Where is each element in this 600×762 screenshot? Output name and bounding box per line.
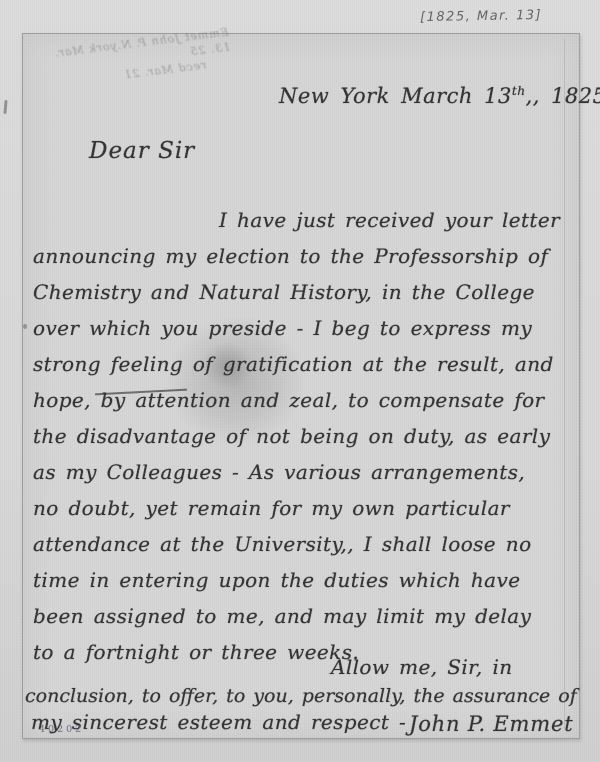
letter-line: time in entering upon the duties which h…	[33, 562, 563, 598]
letter-line: Allow me, Sir, in	[331, 655, 513, 679]
paper-crease	[564, 39, 565, 729]
scanned-letter-page: [1825, Mar. 13] Emmet John P. N.york Mar…	[0, 0, 600, 762]
letter-line: no doubt, yet remain for my own particul…	[33, 490, 563, 526]
dateline-superscript: th	[512, 84, 526, 98]
edge-speck	[3, 100, 7, 114]
letter-line: announcing my election to the Professors…	[33, 238, 563, 274]
letter-line: over which you preside - I beg to expres…	[33, 310, 563, 346]
dateline-year: ,, 1825 -	[526, 84, 600, 108]
letter-line: hope, by attention and zeal, to compensa…	[33, 382, 563, 418]
letter-line: Chemistry and Natural History, in the Co…	[33, 274, 563, 310]
dateline-place-date: New York March 13	[279, 84, 512, 108]
archive-stamp-number: 40202	[39, 724, 84, 735]
letter-line: as my Colleagues - As various arrangemen…	[33, 454, 563, 490]
letter-body: I have just received your letter announc…	[33, 202, 563, 670]
edge-speck	[23, 324, 27, 329]
letter-line: my sincerest esteem and respect -	[31, 710, 406, 734]
salutation: Dear Sir	[89, 138, 195, 164]
letter-paper: Emmet John P. N.york Mar. 13. 25 recd Ma…	[22, 33, 580, 739]
letter-line: the disadvantage of not being on duty, a…	[33, 418, 563, 454]
dateline: New York March 13th,, 1825 -	[279, 84, 600, 108]
letter-line: strong feeling of gratification at the r…	[33, 346, 563, 382]
letter-line: I have just received your letter	[33, 202, 563, 238]
letter-line: conclusion, to offer, to you, personally…	[25, 685, 577, 707]
docket-annotation: Emmet John P. N.york Mar. 13. 25 recd Ma…	[39, 25, 233, 93]
letter-line: attendance at the University,, I shall l…	[33, 526, 563, 562]
letter-line: been assigned to me, and may limit my de…	[33, 598, 563, 634]
signature: John P. Emmet	[409, 712, 573, 736]
archivist-date-annotation: [1825, Mar. 13]	[420, 8, 542, 25]
